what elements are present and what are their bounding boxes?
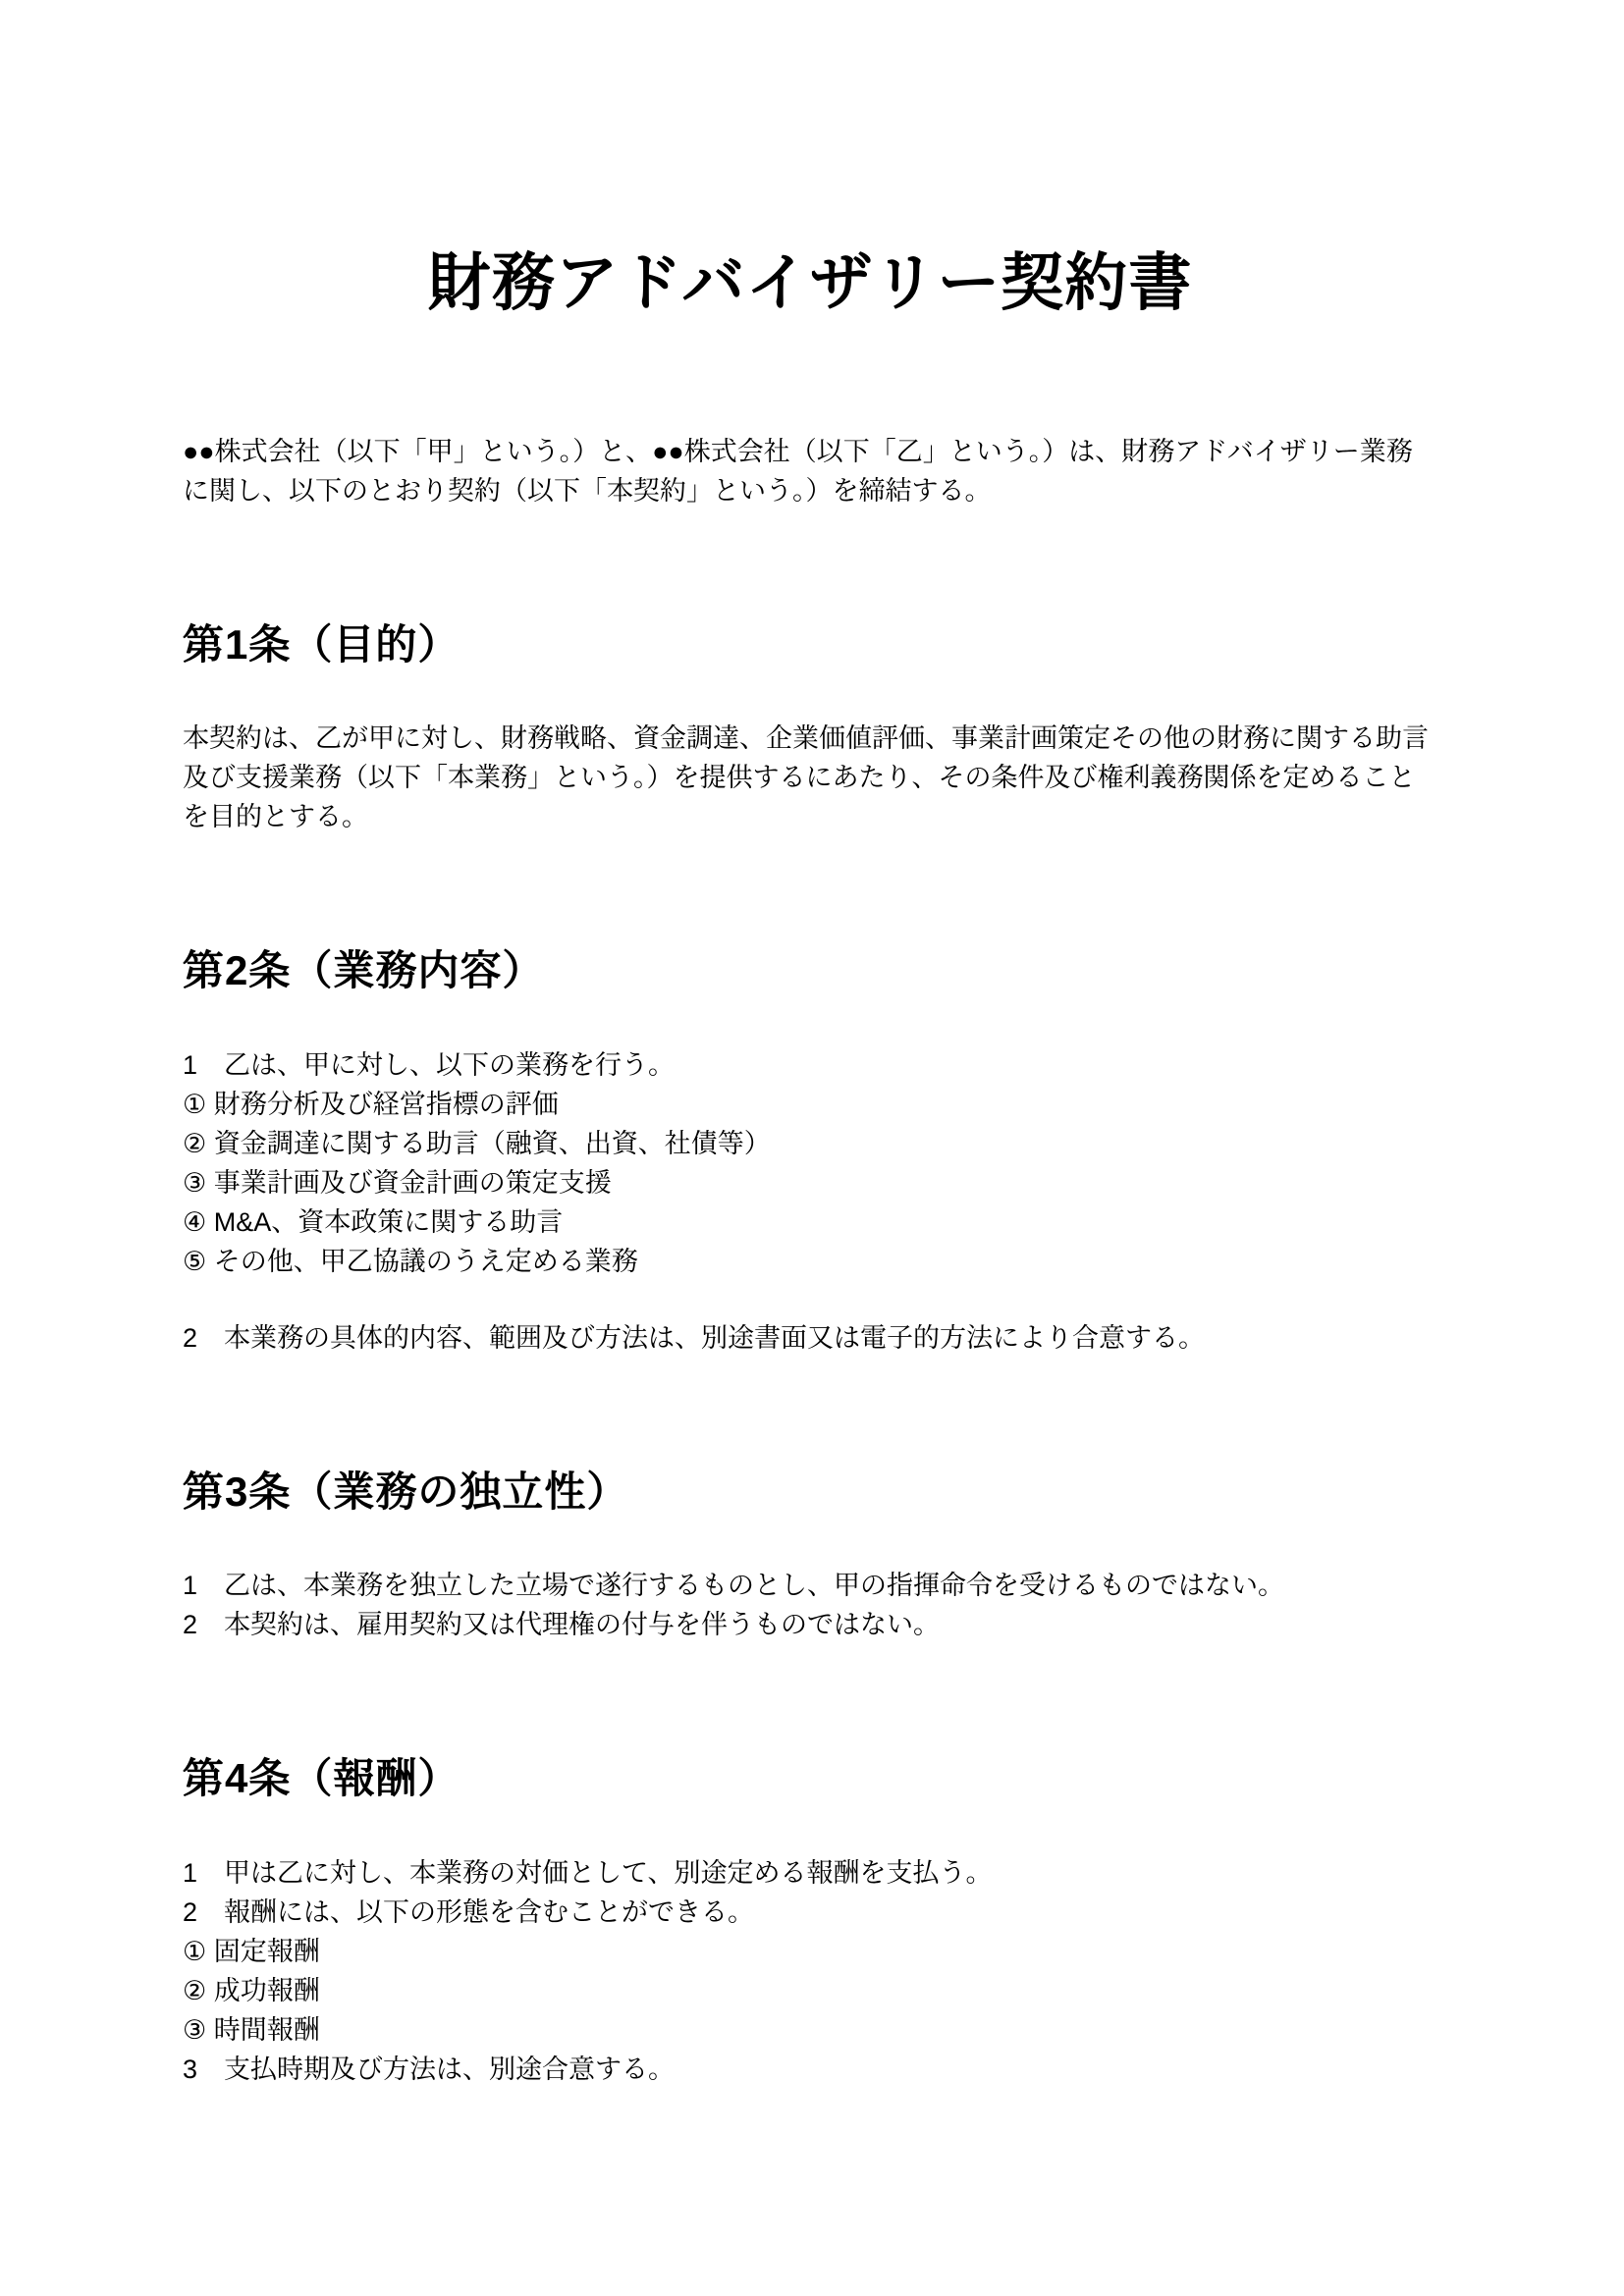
article-4-clause-3: 3 支払時期及び方法は、別途合意する。: [183, 2050, 1437, 2089]
intro-block: ●●株式会社（以下「甲」という。）と、●●株式会社（以下「乙」という。）は、財務…: [183, 432, 1437, 510]
article-3-clause-2: 2 本契約は、雇用契約又は代理権の付与を伴うものではない。: [183, 1605, 1437, 1644]
article-4-item-1: ① 固定報酬: [183, 1932, 1437, 1971]
document-page: 財務アドバイザリー契約書 ●●株式会社（以下「甲」という。）と、●●株式会社（以…: [0, 0, 1624, 2296]
intro-paragraph: ●●株式会社（以下「甲」という。）と、●●株式会社（以下「乙」という。）は、財務…: [183, 432, 1437, 510]
article-1-paragraph: 本契約は、乙が甲に対し、財務戦略、資金調達、企業価値評価、事業計画策定その他の財…: [183, 719, 1437, 836]
article-4-clause-2: 2 報酬には、以下の形態を含むことができる。: [183, 1893, 1437, 1932]
article-1: 第1条（目的） 本契約は、乙が甲に対し、財務戦略、資金調達、企業価値評価、事業計…: [183, 620, 1437, 836]
article-4: 第4条（報酬） 1 甲は乙に対し、本業務の対価として、別途定める報酬を支払う。 …: [183, 1754, 1437, 2088]
article-2-item-1: ① 財務分析及び経営指標の評価: [183, 1085, 1437, 1124]
article-1-heading: 第1条（目的）: [183, 620, 1437, 669]
article-4-item-2: ② 成功報酬: [183, 1971, 1437, 2010]
article-3-heading: 第3条（業務の独立性）: [183, 1468, 1437, 1517]
article-2-item-2: ② 資金調達に関する助言（融資、出資、社債等）: [183, 1124, 1437, 1163]
article-2: 第2条（業務内容） 1 乙は、甲に対し、以下の業務を行う。 ① 財務分析及び経営…: [183, 946, 1437, 1357]
article-4-clause-1: 1 甲は乙に対し、本業務の対価として、別途定める報酬を支払う。: [183, 1853, 1437, 1893]
article-4-heading: 第4条（報酬）: [183, 1754, 1437, 1803]
article-2-item-4: ④ M&A、資本政策に関する助言: [183, 1202, 1437, 1242]
article-2-item-5: ⑤ その他、甲乙協議のうえ定める業務: [183, 1242, 1437, 1281]
article-2-clause-2: 2 本業務の具体的内容、範囲及び方法は、別途書面又は電子的方法により合意する。: [183, 1318, 1437, 1358]
document-title: 財務アドバイザリー契約書: [183, 0, 1437, 322]
article-4-item-3: ③ 時間報酬: [183, 2010, 1437, 2050]
article-2-item-3: ③ 事業計画及び資金計画の策定支援: [183, 1163, 1437, 1202]
article-2-heading: 第2条（業務内容）: [183, 946, 1437, 995]
article-2-clause-1: 1 乙は、甲に対し、以下の業務を行う。: [183, 1045, 1437, 1085]
article-3: 第3条（業務の独立性） 1 乙は、本業務を独立した立場で遂行するものとし、甲の指…: [183, 1468, 1437, 1644]
article-3-clause-1: 1 乙は、本業務を独立した立場で遂行するものとし、甲の指揮命令を受けるものではな…: [183, 1566, 1437, 1605]
